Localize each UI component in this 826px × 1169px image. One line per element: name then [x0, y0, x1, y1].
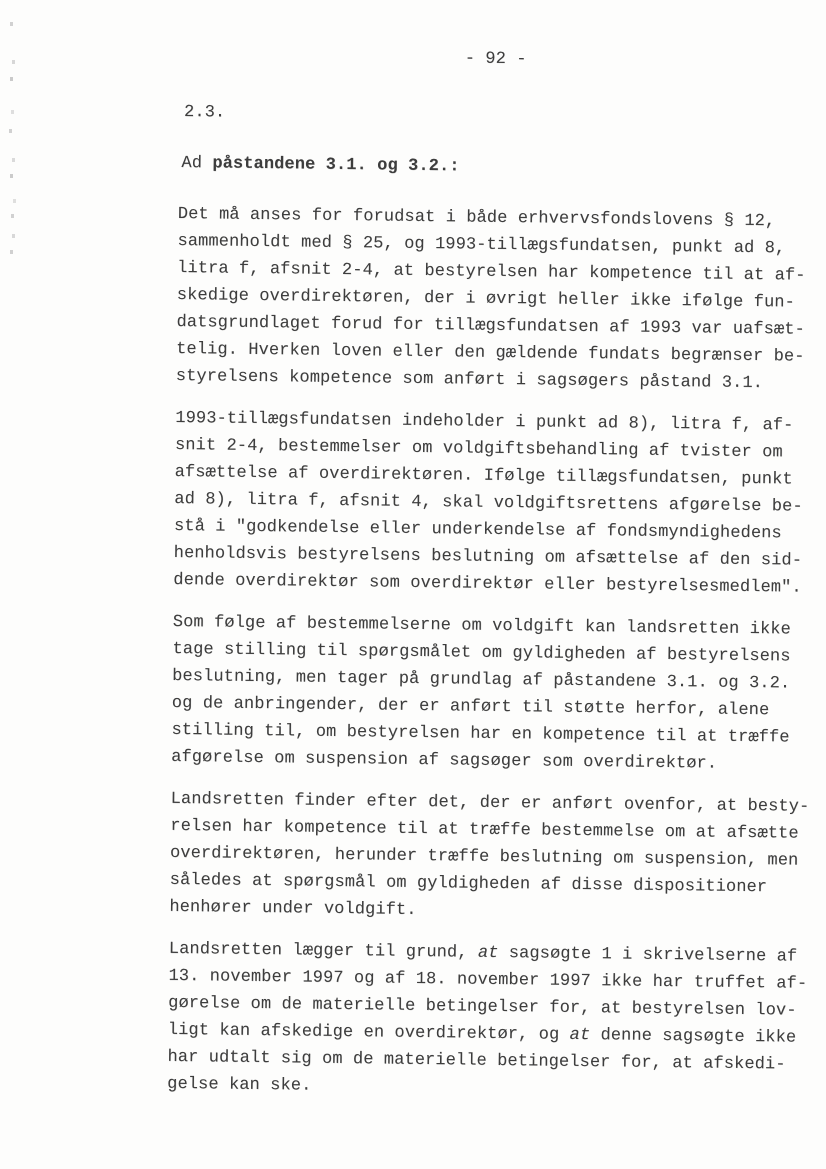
paragraph: Det må anses for forudsat i både erhverv… — [176, 201, 818, 398]
paragraph: Landsretten finder efter det, der er anf… — [169, 786, 811, 929]
scanned-page: - 92 - 2.3. Ad påstandene 3.1. og 3.2.: … — [0, 0, 826, 1169]
document-body: Det må anses for forudsat i både erhverv… — [167, 201, 818, 1121]
paragraph: 1993-tillægsfundatsen indeholder i punkt… — [173, 405, 815, 602]
paragraph: Som følge af bestemmelserne om voldgift … — [171, 609, 813, 779]
heading-prefix: Ad — [181, 154, 202, 173]
section-number: 2.3. — [184, 99, 226, 127]
page-content: - 92 - 2.3. Ad påstandene 3.1. og 3.2.: … — [0, 0, 826, 1169]
page-number: - 92 - — [465, 45, 527, 73]
paragraph: Landsretten lægger til grund, at sagsøgt… — [167, 936, 809, 1106]
heading-bold-text: påstandene 3.1. og 3.2.: — [212, 154, 459, 176]
heading: Ad påstandene 3.1. og 3.2.: — [181, 150, 459, 180]
